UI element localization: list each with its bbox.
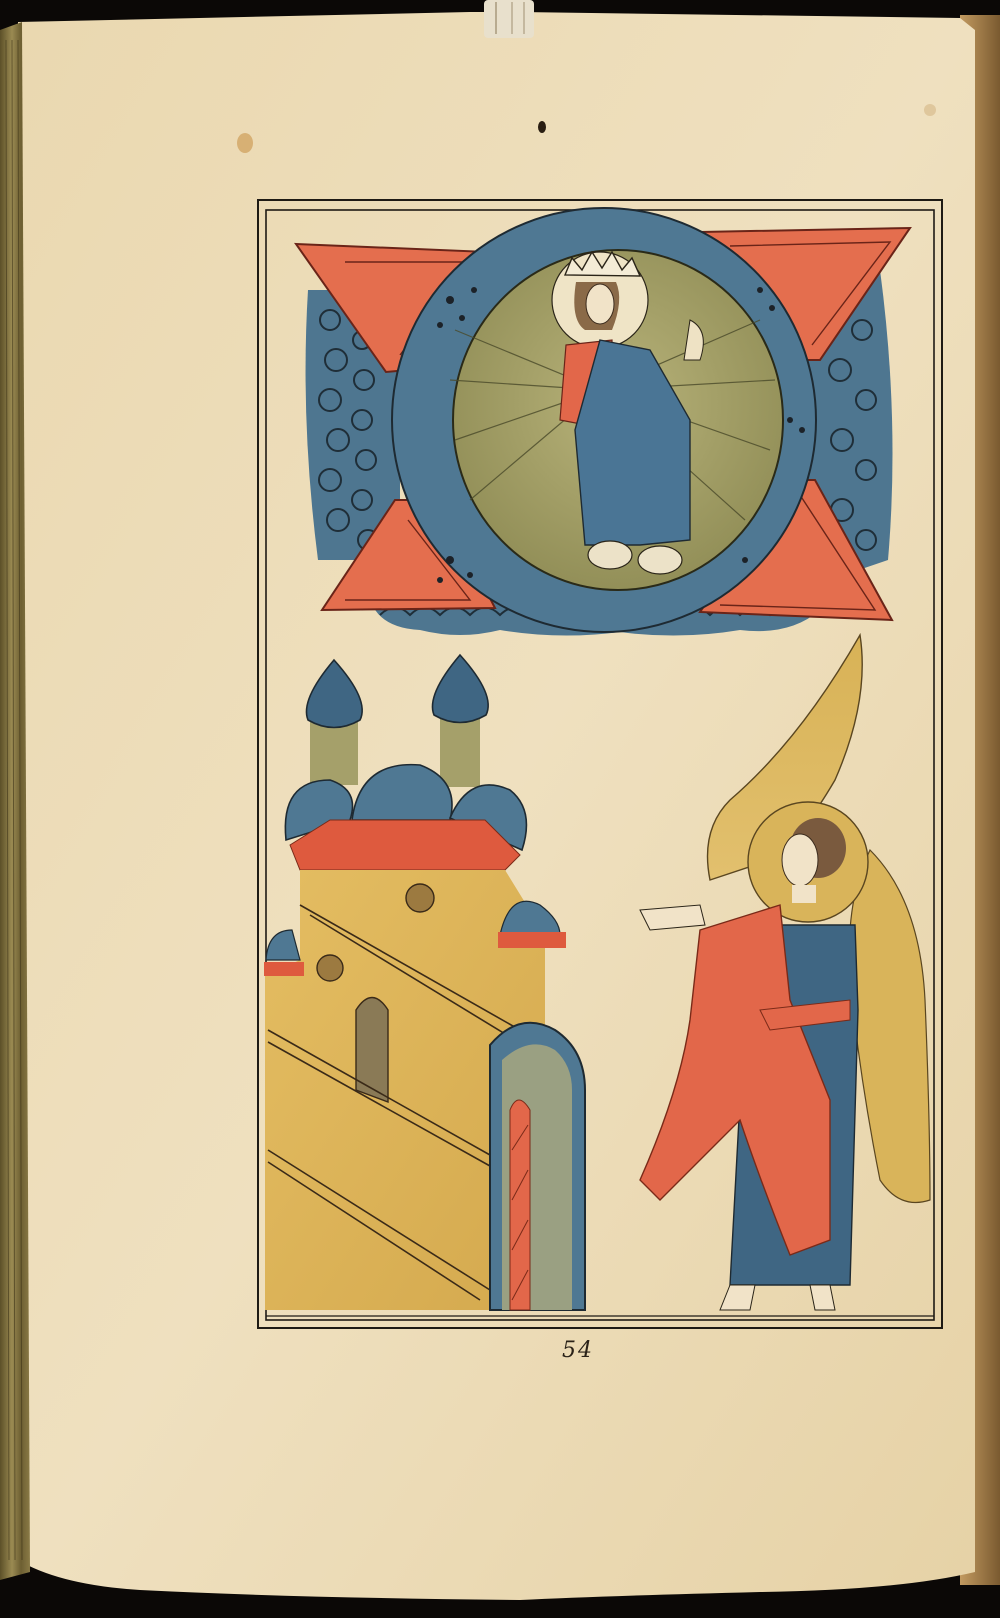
page-number: 54 — [548, 1338, 608, 1363]
manuscript-page-scan — [0, 0, 1000, 1618]
bookmark-tab — [484, 0, 534, 38]
christ-in-majesty — [296, 208, 910, 636]
